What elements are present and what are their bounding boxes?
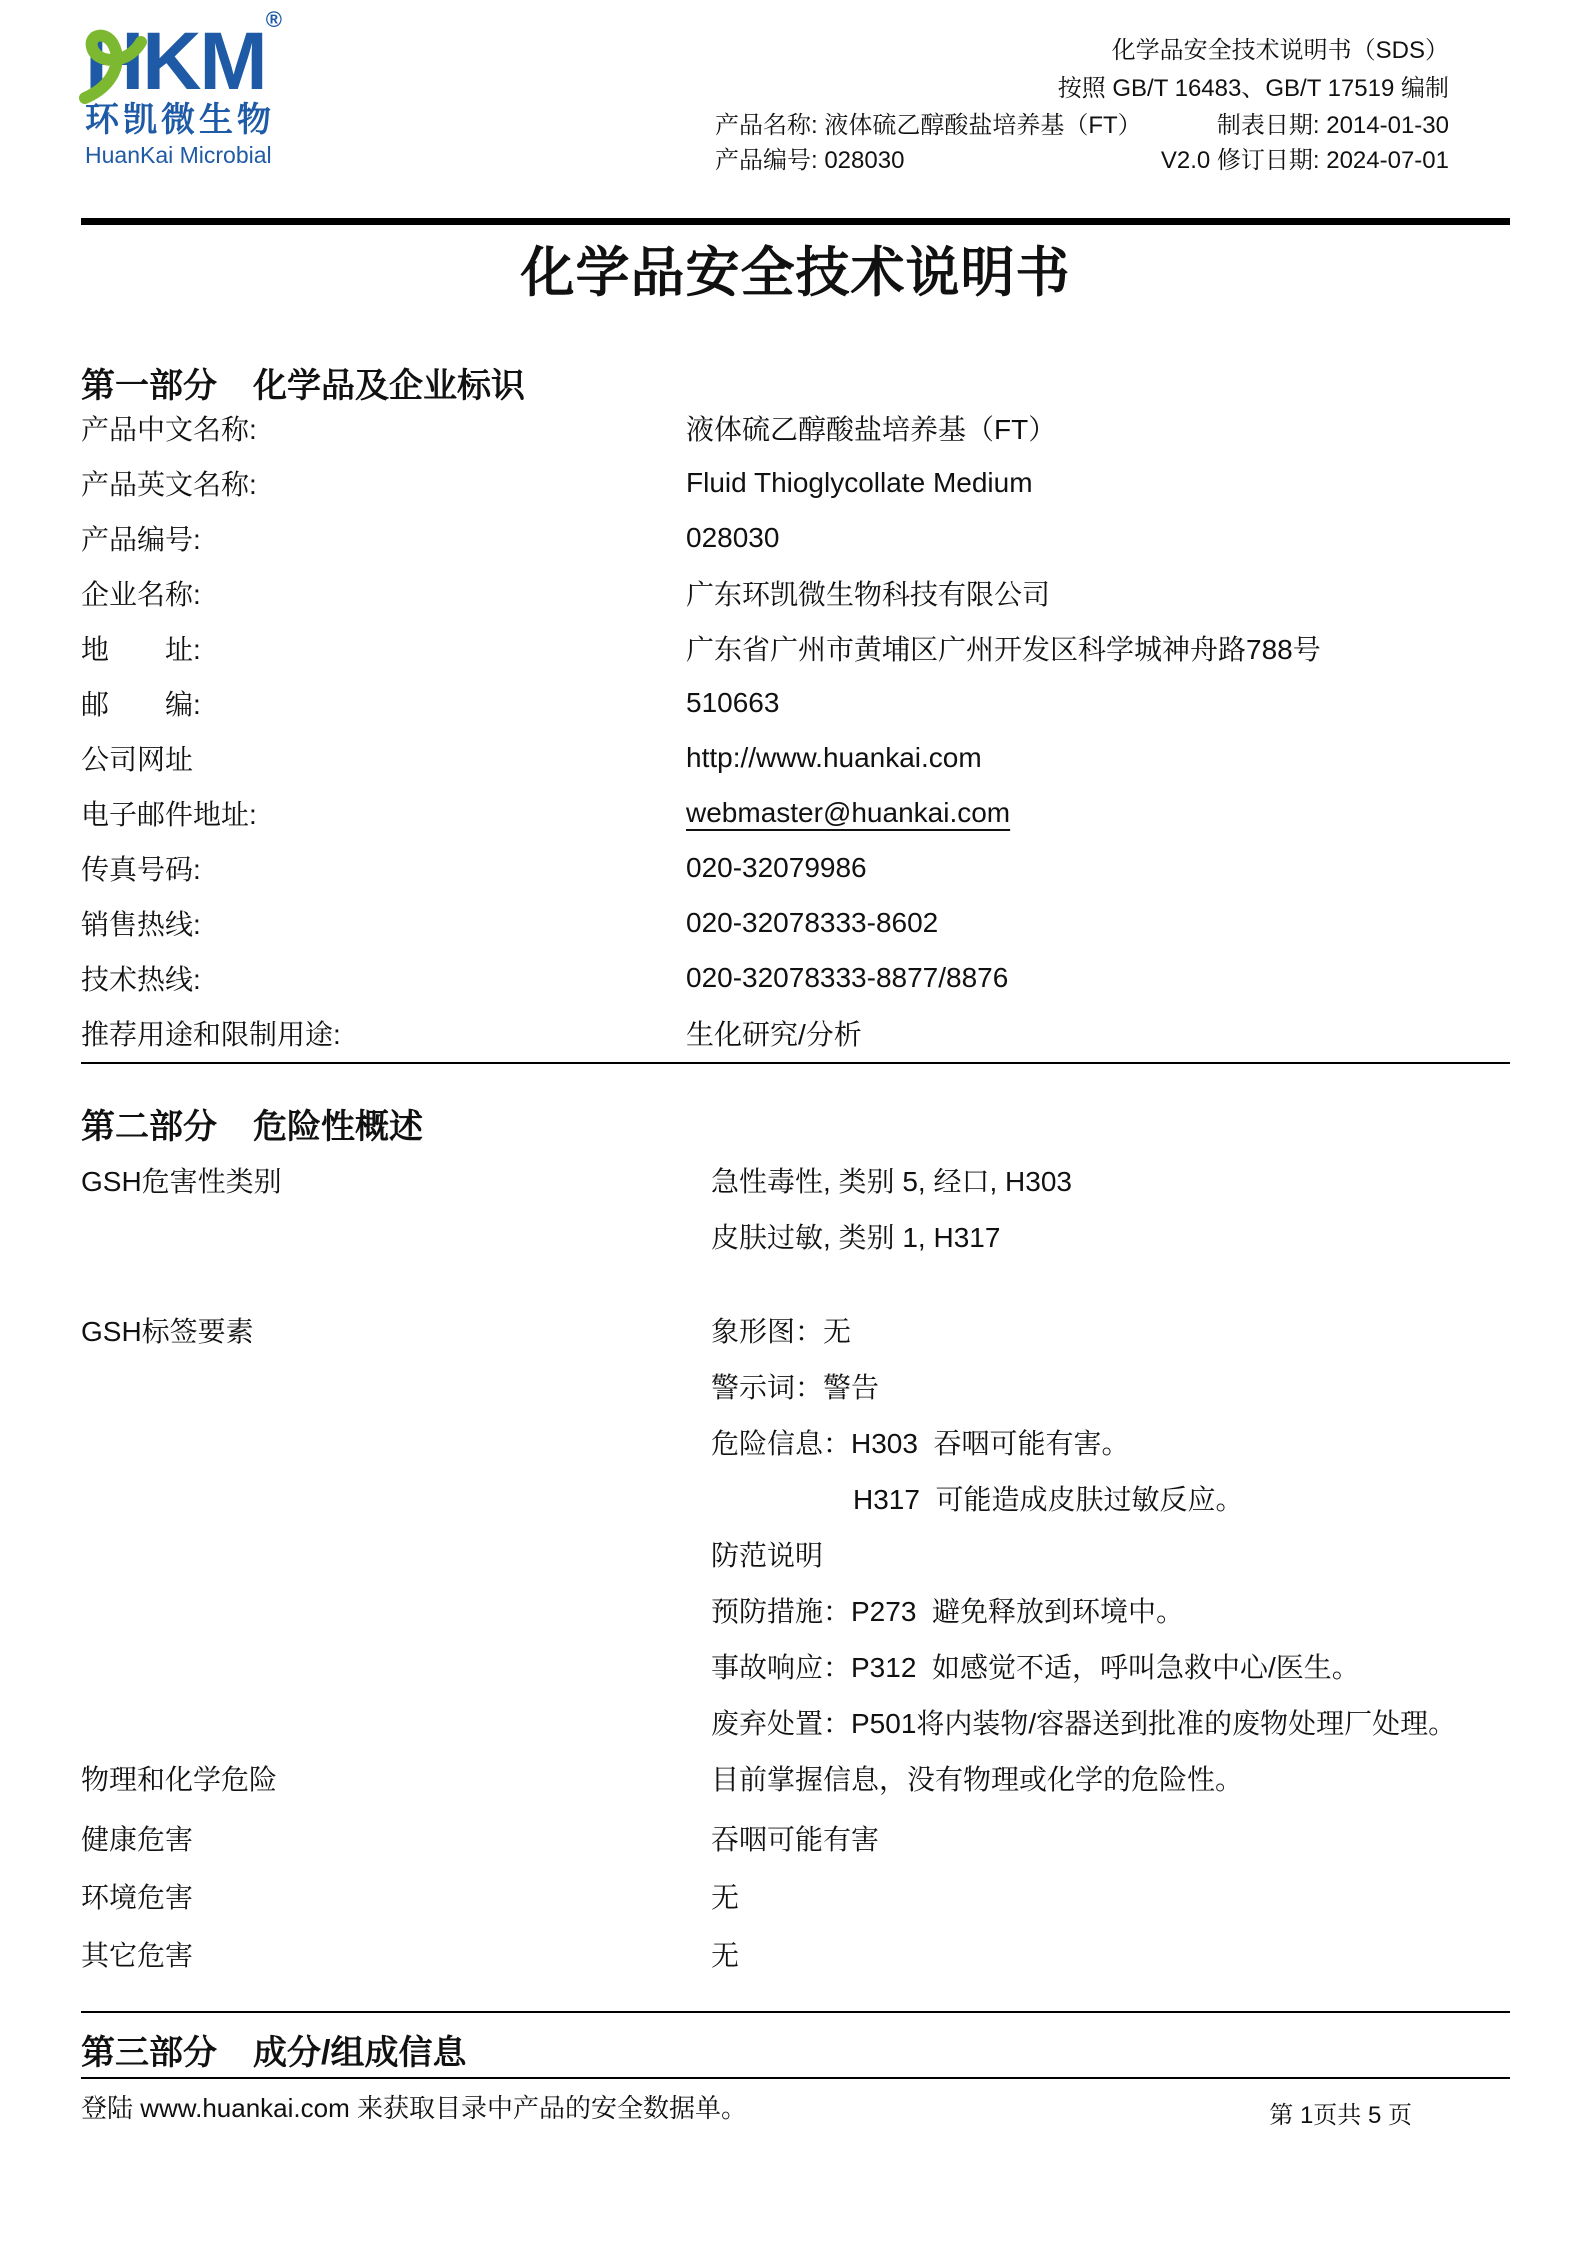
field-label: 销售热线: (81, 903, 686, 943)
field-value: 目前掌握信息，没有物理或化学的危险性。 (711, 1752, 1243, 1808)
header-info-block: 化学品安全技术说明书（SDS） 按照 GB/T 16483、GB/T 17519… (715, 26, 1449, 178)
field-row-product-code: 产品编号: 028030 (81, 510, 1510, 565)
section2-name: 危险性概述 (253, 1108, 423, 1146)
field-value: 广东环凯微生物科技有限公司 (686, 573, 1050, 613)
field-value: 液体硫乙醇酸盐培养基（FT） (686, 408, 1056, 448)
logo-hkm-text: HKM (85, 26, 266, 98)
logo-english-name: HuanKai Microbial (85, 142, 345, 168)
response-p312-line: 事故响应：P312 如感觉不适，呼叫急救中心/医生。 (711, 1640, 1456, 1696)
hazard-class-line: 皮肤过敏, 类别 1, H317 (711, 1210, 1072, 1266)
hazard-statement-h303-line: 危险信息：H303 吞咽可能有害。 (711, 1416, 1456, 1472)
field-row-fax: 传真号码: 020-32079986 (81, 840, 1510, 895)
section3-title: 第三部分 成分/组成信息 (81, 2034, 1510, 2072)
field-row-postcode: 邮 编: 510663 (81, 675, 1510, 730)
field-row-company-name: 企业名称: 广东环凯微生物科技有限公司 (81, 565, 1510, 620)
label-elements-values: 象形图：无 警示词：警告 危险信息：H303 吞咽可能有害。 H317 可能造成… (711, 1304, 1456, 1752)
page-footer: 登陆 www.huankai.com 来获取目录中产品的安全数据单。 第 1页共… (81, 2091, 1510, 2131)
section1-rows: 产品中文名称: 液体硫乙醇酸盐培养基（FT） 产品英文名称: Fluid Thi… (81, 400, 1510, 1060)
footer-note: 登陆 www.huankai.com 来获取目录中产品的安全数据单。 (81, 2091, 747, 2125)
document-title: 化学品安全技术说明书 (81, 245, 1510, 301)
field-value: 无 (711, 1870, 739, 1926)
field-label: 推荐用途和限制用途: (81, 1013, 686, 1053)
hazard-class-values: 急性毒性, 类别 5, 经口, H303 皮肤过敏, 类别 1, H317 (711, 1154, 1072, 1266)
field-row-address: 地 址: 广东省广州市黄埔区广州开发区科学城神舟路788号 (81, 620, 1510, 675)
logo-mark: HKM® (85, 26, 282, 98)
field-value: 510663 (686, 687, 779, 719)
field-label: 公司网址 (81, 738, 686, 778)
field-label: 健康危害 (81, 1812, 711, 1868)
field-label: 技术热线: (81, 958, 686, 998)
field-row-sales-hotline: 销售热线: 020-32078333-8602 (81, 895, 1510, 950)
created-date: 制表日期: 2014-01-30 (1217, 108, 1449, 143)
field-row-website: 公司网址 http://www.huankai.com (81, 730, 1510, 785)
field-row-email: 电子邮件地址: webmaster@huankai.com (81, 785, 1510, 840)
section3-number: 第三部分 (81, 2034, 217, 2072)
revised-date: V2.0 修订日期: 2024-07-01 (1161, 143, 1449, 178)
field-label: GSH标签要素 (81, 1304, 711, 1752)
header-row-1: 产品名称: 液体硫乙醇酸盐培养基（FT） 制表日期: 2014-01-30 (715, 108, 1449, 143)
prevention-p273-line: 预防措施：P273 避免释放到环境中。 (711, 1584, 1456, 1640)
field-label: GSH危害性类别 (81, 1154, 711, 1266)
field-value: 吞咽可能有害 (711, 1812, 879, 1868)
field-label: 物理和化学危险 (81, 1752, 711, 1808)
field-value: 020-32079986 (686, 852, 867, 884)
field-label: 产品中文名称: (81, 408, 686, 448)
field-label: 产品英文名称: (81, 463, 686, 503)
section2-title: 第二部分 危险性概述 (81, 1108, 1510, 1146)
field-label: 环境危害 (81, 1870, 711, 1926)
footer-rule (81, 2077, 1510, 2079)
field-value: Fluid Thioglycollate Medium (686, 467, 1033, 499)
header-row-2: 产品编号: 028030 V2.0 修订日期: 2024-07-01 (715, 143, 1449, 178)
field-value: 028030 (686, 522, 779, 554)
field-row-product-cn-name: 产品中文名称: 液体硫乙醇酸盐培养基（FT） (81, 400, 1510, 455)
section-divider (81, 1062, 1510, 1064)
other-hazard-row: 其它危害 无 (81, 1928, 1510, 1984)
field-value: 生化研究/分析 (686, 1013, 862, 1053)
section2-number: 第二部分 (81, 1108, 217, 1146)
section-divider (81, 2011, 1510, 2013)
environment-hazard-row: 环境危害 无 (81, 1870, 1510, 1926)
section1-number: 第一部分 (81, 367, 217, 405)
field-value: 广东省广州市黄埔区广州开发区科学城神舟路788号 (686, 628, 1321, 668)
field-label: 其它危害 (81, 1928, 711, 1984)
field-value: 020-32078333-8602 (686, 907, 938, 939)
section3-name: 成分/组成信息 (253, 2034, 466, 2072)
field-label: 地 址: (81, 628, 686, 668)
disposal-p501-line: 废弃处置：P501将内装物/容器送到批准的废物处理厂处理。 (711, 1696, 1456, 1752)
product-name: 产品名称: 液体硫乙醇酸盐培养基（FT） (715, 108, 1142, 143)
header-rule (81, 218, 1510, 225)
health-hazard-row: 健康危害 吞咽可能有害 (81, 1812, 1510, 1868)
product-code: 产品编号: 028030 (715, 143, 904, 178)
field-label: 企业名称: (81, 573, 686, 613)
field-row-tech-hotline: 技术热线: 020-32078333-8877/8876 (81, 950, 1510, 1005)
hazard-class-row: GSH危害性类别 急性毒性, 类别 5, 经口, H303 皮肤过敏, 类别 1… (81, 1154, 1510, 1266)
page-header: HKM® 环凯微生物 HuanKai Microbial 化学品安全技术说明书（… (81, 0, 1510, 218)
field-value: 无 (711, 1928, 739, 1984)
doc-type-line: 化学品安全技术说明书（SDS） (715, 32, 1449, 70)
email-link[interactable]: webmaster@huankai.com (686, 797, 1010, 829)
website-url: http://www.huankai.com (686, 742, 982, 774)
precaution-heading-line: 防范说明 (711, 1528, 1456, 1584)
field-label: 传真号码: (81, 848, 686, 888)
standard-line: 按照 GB/T 16483、GB/T 17519 编制 (715, 70, 1449, 108)
field-value: 020-32078333-8877/8876 (686, 962, 1008, 994)
field-label: 电子邮件地址: (81, 793, 686, 833)
pictogram-line: 象形图：无 (711, 1304, 1456, 1360)
field-label: 产品编号: (81, 518, 686, 558)
company-logo: HKM® 环凯微生物 HuanKai Microbial (81, 26, 345, 168)
sds-page: HKM® 环凯微生物 HuanKai Microbial 化学品安全技术说明书（… (0, 0, 1587, 2245)
signal-word-line: 警示词：警告 (711, 1360, 1456, 1416)
registered-trademark-icon: ® (266, 7, 282, 32)
field-row-recommended-use: 推荐用途和限制用途: 生化研究/分析 (81, 1005, 1510, 1060)
field-label: 邮 编: (81, 683, 686, 723)
field-row-product-en-name: 产品英文名称: Fluid Thioglycollate Medium (81, 455, 1510, 510)
hazard-class-line: 急性毒性, 类别 5, 经口, H303 (711, 1154, 1072, 1210)
hazard-statement-h317-line: H317 可能造成皮肤过敏反应。 (711, 1472, 1456, 1528)
section2-rows: GSH危害性类别 急性毒性, 类别 5, 经口, H303 皮肤过敏, 类别 1… (81, 1154, 1510, 1984)
physical-chemical-hazard-row: 物理和化学危险 目前掌握信息，没有物理或化学的危险性。 (81, 1752, 1510, 1808)
page-number: 第 1页共 5 页 (1269, 2101, 1412, 2131)
section1-name: 化学品及企业标识 (253, 367, 525, 405)
label-elements-row: GSH标签要素 象形图：无 警示词：警告 危险信息：H303 吞咽可能有害。 H… (81, 1304, 1510, 1752)
